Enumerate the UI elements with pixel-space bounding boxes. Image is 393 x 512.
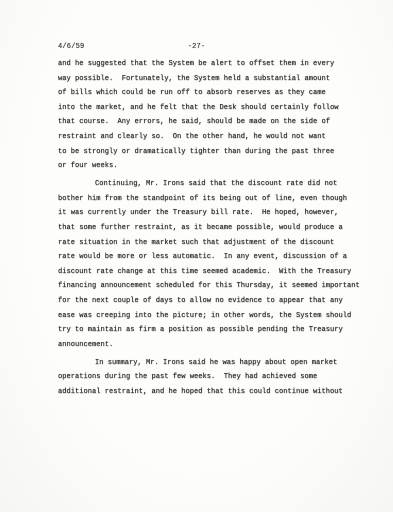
text-line: it was currently under the Treasury bill…: [58, 206, 370, 221]
paragraph: In summary, Mr. Irons said he was happy …: [58, 356, 370, 400]
text-line: to be strongly or dramatically tighter t…: [58, 145, 370, 160]
text-line: try to maintain as firm a position as po…: [58, 323, 370, 338]
text-line: and he suggested that the System be aler…: [58, 57, 370, 72]
document-page: 4/6/59 -27- and he suggested that the Sy…: [0, 0, 393, 512]
page-header: 4/6/59 -27-: [0, 43, 393, 55]
text-line: operations during the past few weeks. Th…: [58, 370, 370, 385]
text-line: ease was creeping into the picture; in o…: [58, 309, 370, 324]
text-line: for the next couple of days to allow no …: [58, 294, 370, 309]
text-line: additional restraint, and he hoped that …: [58, 385, 370, 400]
text-line: announcement.: [58, 338, 370, 353]
text-line: way possible. Fortunately, the System he…: [58, 72, 370, 87]
text-line: that some further restraint, as it becam…: [58, 221, 370, 236]
text-line: rate situation in the market such that a…: [58, 236, 370, 251]
text-line: In summary, Mr. Irons said he was happy …: [58, 356, 370, 371]
text-line: into the market, and he felt that the De…: [58, 101, 370, 116]
text-line: discount rate change at this time seemed…: [58, 265, 370, 280]
text-line: rate would be more or less automatic. In…: [58, 250, 370, 265]
page-number: -27-: [0, 43, 393, 51]
paragraph: Continuing, Mr. Irons said that the disc…: [58, 177, 370, 352]
text-line: that course. Any errors, he said, should…: [58, 115, 370, 130]
text-line: Continuing, Mr. Irons said that the disc…: [58, 177, 370, 192]
document-body: and he suggested that the System be aler…: [58, 57, 370, 400]
text-line: bother him from the standpoint of its be…: [58, 192, 370, 207]
text-line: restraint and clearly so. On the other h…: [58, 130, 370, 145]
text-line: of bills which could be run off to absor…: [58, 86, 370, 101]
text-line: or four weeks.: [58, 159, 370, 174]
text-line: financing announcement scheduled for thi…: [58, 279, 370, 294]
paragraph: and he suggested that the System be aler…: [58, 57, 370, 174]
